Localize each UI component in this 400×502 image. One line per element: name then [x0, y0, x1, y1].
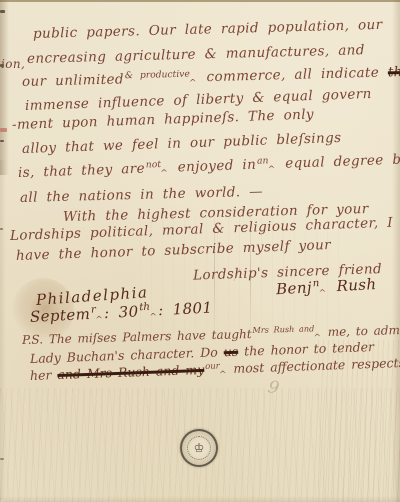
line-03-sup: & productive: [125, 68, 190, 81]
line-03-t: commerce, all indicate: [198, 64, 388, 85]
line-15-date-sup: r: [91, 304, 96, 315]
line-07-sup: not: [146, 159, 161, 171]
line-02-t: encreasing agriculture & manufactures, a…: [27, 42, 365, 67]
line-02-margin-fragment: ion,: [1, 57, 25, 71]
edge-mark: [0, 228, 3, 230]
line-07-t: enjoyed in: [169, 157, 257, 176]
line-15-date-t: Septem: [30, 305, 91, 326]
stamp-inner-ring: ♔: [187, 436, 211, 460]
edge-mark: [0, 140, 4, 142]
edge-mark: [0, 10, 5, 13]
line-15-date-t: : 30: [104, 302, 139, 322]
line-16-postscript-t: me, to admire: [322, 323, 400, 340]
line-03-strike: that: [388, 64, 400, 81]
letter-page: public papers. Our late rapid population…: [0, 0, 400, 502]
insertion-caret-icon: ^: [149, 312, 157, 322]
library-stamp: ♔: [180, 429, 218, 467]
line-07-t: is, that they are: [18, 161, 146, 181]
insertion-caret-icon: ^: [318, 288, 326, 298]
line-08-t: all the nations in the world. —: [20, 184, 264, 206]
insertion-caret-icon: ^: [95, 315, 103, 325]
insertion-caret-icon: ^: [160, 168, 168, 178]
line-15-date-t: : 1801: [158, 298, 213, 319]
line-01: public papers. Our late rapid population…: [33, 17, 383, 42]
line-13-signature-sup: n: [312, 278, 319, 289]
line-18-postscript-t: her: [30, 367, 58, 383]
line-01-t: public papers. Our late rapid population…: [33, 17, 383, 42]
line-15-date-sup: th: [139, 302, 150, 314]
red-edge-mark: [0, 128, 7, 132]
line-13-signature-t: Rush: [327, 275, 377, 296]
insertion-caret-icon: ^: [268, 165, 276, 175]
insertion-caret-icon: ^: [189, 78, 197, 88]
line-13-signature: Benjn^ Rush: [275, 275, 376, 298]
line-02: encreasing agriculture & manufactures, a…: [27, 42, 365, 67]
line-16-postscript-sup: Mrs Rush and: [252, 323, 314, 335]
line-07: is, that they arenot^ enjoyed inan^ equa…: [18, 151, 400, 181]
line-07-t: equal degree by: [276, 151, 400, 172]
insertion-caret-icon: ^: [219, 370, 227, 380]
line-18-postscript-strike: and Mrs Rush and my: [57, 362, 204, 382]
line-03-t: our unlimited: [22, 71, 124, 90]
line-08: all the nations in the world. —: [20, 184, 264, 206]
line-17-postscript-strike: us: [223, 344, 238, 359]
letter-body: public papers. Our late rapid population…: [0, 0, 400, 502]
edge-mark: [0, 458, 4, 460]
line-06: alloy that we feel in our public bleſsin…: [22, 130, 342, 157]
line-18-postscript-sup: our: [205, 361, 220, 372]
edge-mark: [0, 64, 4, 67]
line-06-t: alloy that we feel in our public bleſsin…: [22, 130, 342, 157]
line-13-signature-t: Benj: [275, 278, 312, 298]
line-02-margin-fragment-t: ion,: [1, 57, 25, 71]
stamp-crown-icon: ♔: [194, 442, 205, 454]
